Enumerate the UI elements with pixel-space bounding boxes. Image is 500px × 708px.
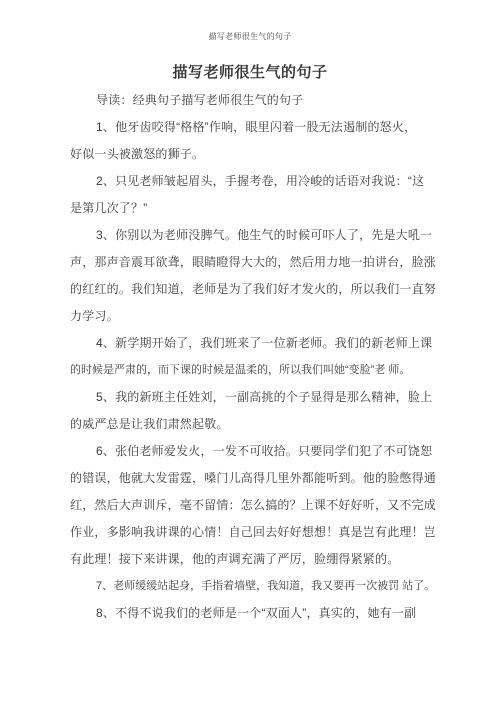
paragraph-4-line-1: 4、新学期开始了，我们班来了一位新老师。我们的新老师上课 — [70, 330, 434, 357]
paragraph-3: 3、你别以为老师没脾气。他生气的时候可吓人了，先是大吼一声，那声音震耳欲聋，眼睛… — [70, 222, 434, 330]
paragraph-7-line-1: 7、老师缓缓站起身，手指着墙壁，我知道，我又要再一次被罚 站了。 — [70, 573, 434, 600]
paragraph-5: 5、我的新班主任姓刘，一副高挑的个子显得是那么精神，脸上的威严总是让我们肃然起敬… — [70, 384, 434, 438]
paragraph-1-line-1: 1、他牙齿咬得“格格”作响，眼里闪着一股无法遏制的怒火， — [70, 114, 434, 141]
paragraph-2-line-1: 2、只见老师皱起眉头，手握考卷，用冷峻的话语对我说：“这 — [70, 168, 434, 195]
paragraph-6: 6、张伯老师爱发火，一发不可收拾。只要同学们犯了不可饶恕的错误，他就大发雷霆，嗓… — [70, 438, 434, 573]
paragraph-1: 1、他牙齿咬得“格格”作响，眼里闪着一股无法遏制的怒火，好似一头被激怒的狮子。 — [70, 114, 434, 168]
paragraph-5-line-1: 5、我的新班主任姓刘，一副高挑的个子显得是那么精神，脸上 — [70, 384, 434, 411]
paragraph-8-line-1: 8、不得不说我们的老师是一个“双面人”，真实的，她有一副 — [70, 600, 434, 627]
intro-line: 导读：经典句子描写老师很生气的句子 — [70, 87, 434, 114]
paragraph-6-line-1: 6、张伯老师爱发火，一发不可收拾。只要同学们犯了不可饶恕 — [70, 438, 434, 465]
paragraph-3-line-3: 的红红的。我们知道，老师是为了我们好才发火的，所以我们一直努 — [70, 276, 434, 303]
running-header: 描写老师很生气的句子 — [0, 31, 500, 42]
paragraph-2: 2、只见老师皱起眉头，手握考卷，用冷峻的话语对我说：“这是第几次了？” — [70, 168, 434, 222]
paragraph-8: 8、不得不说我们的老师是一个“双面人”，真实的，她有一副 — [70, 600, 434, 627]
page-title: 描写老师很生气的句子 — [0, 61, 500, 82]
paragraph-5-line-2: 的威严总是让我们肃然起敬。 — [70, 411, 434, 438]
paragraph-3-line-4: 力学习。 — [70, 303, 434, 330]
paragraph-6-line-2: 的错误，他就大发雷霆，嗓门儿高得几里外都能听到。他的脸憋得通 — [70, 465, 434, 492]
paragraph-2-line-2: 是第几次了？” — [70, 195, 434, 222]
paragraph-3-line-2: 声，那声音震耳欲聋，眼睛瞪得大大的，然后用力地一拍讲台，脸涨 — [70, 249, 434, 276]
paragraph-1-line-2: 好似一头被激怒的狮子。 — [70, 141, 434, 168]
paragraph-7: 7、老师缓缓站起身，手指着墙壁，我知道，我又要再一次被罚 站了。 — [70, 573, 434, 600]
document-body: 导读：经典句子描写老师很生气的句子 1、他牙齿咬得“格格”作响，眼里闪着一股无法… — [70, 87, 434, 627]
paragraph-list: 1、他牙齿咬得“格格”作响，眼里闪着一股无法遏制的怒火，好似一头被激怒的狮子。2… — [70, 114, 434, 627]
paragraph-4-line-2: 的时候是严肃的，而下课的时候是温柔的，所以我们叫她“变脸”老 师。 — [70, 357, 434, 384]
document-page: 描写老师很生气的句子 描写老师很生气的句子 导读：经典句子描写老师很生气的句子 … — [0, 0, 500, 708]
paragraph-6-line-3: 红，然后大声训斥，毫不留情：怎么搞的？上课不好好听，又不完成 — [70, 492, 434, 519]
paragraph-3-line-1: 3、你别以为老师没脾气。他生气的时候可吓人了，先是大吼一 — [70, 222, 434, 249]
paragraph-6-line-4: 作业，多影响我讲课的心情！自己回去好好想想！真是岂有此理！岂 — [70, 519, 434, 546]
paragraph-4: 4、新学期开始了，我们班来了一位新老师。我们的新老师上课的时候是严肃的，而下课的… — [70, 330, 434, 384]
paragraph-6-line-5: 有此理！接下来讲课，他的声调充满了严厉，脸绷得紧紧的。 — [70, 546, 434, 573]
